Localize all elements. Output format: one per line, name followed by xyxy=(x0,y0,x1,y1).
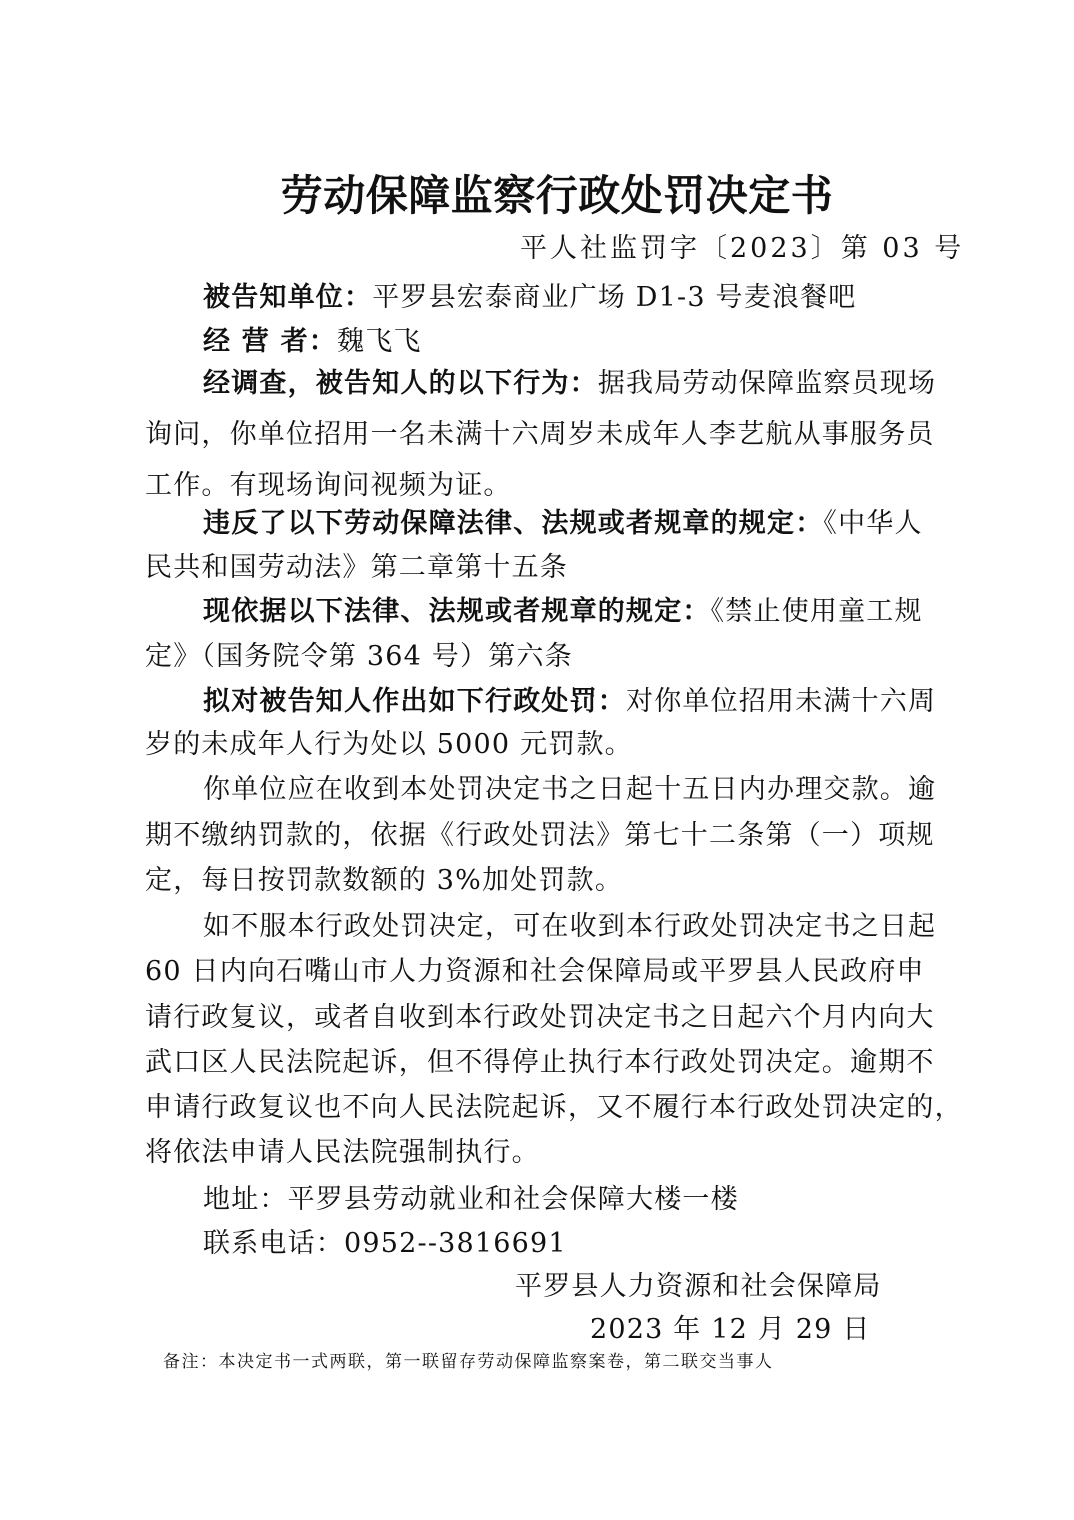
phone-line: 联系电话：0952--3816691 xyxy=(203,1227,567,1261)
appeal-line-1: 如不服本行政处罚决定，可在收到本行政处罚决定书之日起 xyxy=(203,910,936,944)
respondent-label: 被告知单位： xyxy=(203,282,372,313)
issue-date: 2023 年 12 月 29 日 xyxy=(590,1313,871,1347)
document-title: 劳动保障监察行政处罚决定书 xyxy=(0,168,1074,224)
document-number: 平人社监罚字〔2023〕第 03 号 xyxy=(520,232,964,266)
operator-label: 经 营 者： xyxy=(203,326,337,357)
basis-line-2: 定》（国务院令第 364 号）第六条 xyxy=(145,640,573,674)
payment-line-3: 定，每日按罚款数额的 3%加处罚款。 xyxy=(145,864,623,898)
violation-line-2: 民共和国劳动法》第二章第十五条 xyxy=(145,551,568,585)
findings-line-1: 经调查，被告知人的以下行为：据我局劳动保障监察员现场 xyxy=(203,367,936,401)
operator-line: 经 营 者：魏飞飞 xyxy=(203,325,422,359)
basis-text: 《禁止使用童工规 xyxy=(711,596,923,627)
penalty-label: 拟对被告知人作出如下行政处罚： xyxy=(203,686,626,717)
violation-text: 《中华人 xyxy=(823,508,922,539)
respondent-line: 被告知单位：平罗县宏泰商业广场 D1-3 号麦浪餐吧 xyxy=(203,281,857,315)
findings-label: 经调查，被告知人的以下行为： xyxy=(203,368,598,399)
appeal-line-5: 申请行政复议也不向人民法院起诉，又不履行本行政处罚决定的， xyxy=(145,1091,963,1125)
basis-line-1: 现依据以下法律、法规或者规章的规定：《禁止使用童工规 xyxy=(203,595,923,629)
issuer-name: 平罗县人力资源和社会保障局 xyxy=(515,1270,882,1304)
findings-text: 据我局劳动保障监察员现场 xyxy=(598,368,936,399)
document-page: 劳动保障监察行政处罚决定书 平人社监罚字〔2023〕第 03 号 被告知单位：平… xyxy=(0,0,1074,1520)
penalty-text: 对你单位招用未满十六周 xyxy=(626,686,936,717)
findings-line-2: 询问，你单位招用一名未满十六周岁未成年人李艺航从事服务员 xyxy=(145,418,935,452)
payment-line-2: 期不缴纳罚款的，依据《行政处罚法》第七十二条第（一）项规 xyxy=(145,819,935,853)
penalty-line-1: 拟对被告知人作出如下行政处罚：对你单位招用未满十六周 xyxy=(203,685,936,719)
payment-line-1: 你单位应在收到本处罚决定书之日起十五日内办理交款。逾 xyxy=(203,773,936,807)
basis-label: 现依据以下法律、法规或者规章的规定： xyxy=(203,596,711,627)
address-line: 地址：平罗县劳动就业和社会保障大楼一楼 xyxy=(203,1183,739,1217)
appeal-line-4: 武口区人民法院起诉，但不得停止执行本行政处罚决定。逾期不 xyxy=(145,1046,935,1080)
penalty-line-2: 岁的未成年人行为处以 5000 元罚款。 xyxy=(145,728,633,762)
operator-value: 魏飞飞 xyxy=(337,326,422,357)
violation-line-1: 违反了以下劳动保障法律、法规或者规章的规定：《中华人 xyxy=(203,507,923,541)
footnote: 备注：本决定书一式两联，第一联留存劳动保障监察案卷，第二联交当事人 xyxy=(163,1350,774,1374)
respondent-value: 平罗县宏泰商业广场 D1-3 号麦浪餐吧 xyxy=(372,282,856,313)
findings-line-3: 工作。有现场询问视频为证。 xyxy=(145,469,512,503)
violation-label: 违反了以下劳动保障法律、法规或者规章的规定： xyxy=(203,508,823,539)
appeal-line-2: 60 日内向石嘴山市人力资源和社会保障局或平罗县人民政府申 xyxy=(145,955,925,989)
appeal-line-6: 将依法申请人民法院强制执行。 xyxy=(145,1136,540,1170)
appeal-line-3: 请行政复议，或者自收到本行政处罚决定书之日起六个月内向大 xyxy=(145,1001,935,1035)
